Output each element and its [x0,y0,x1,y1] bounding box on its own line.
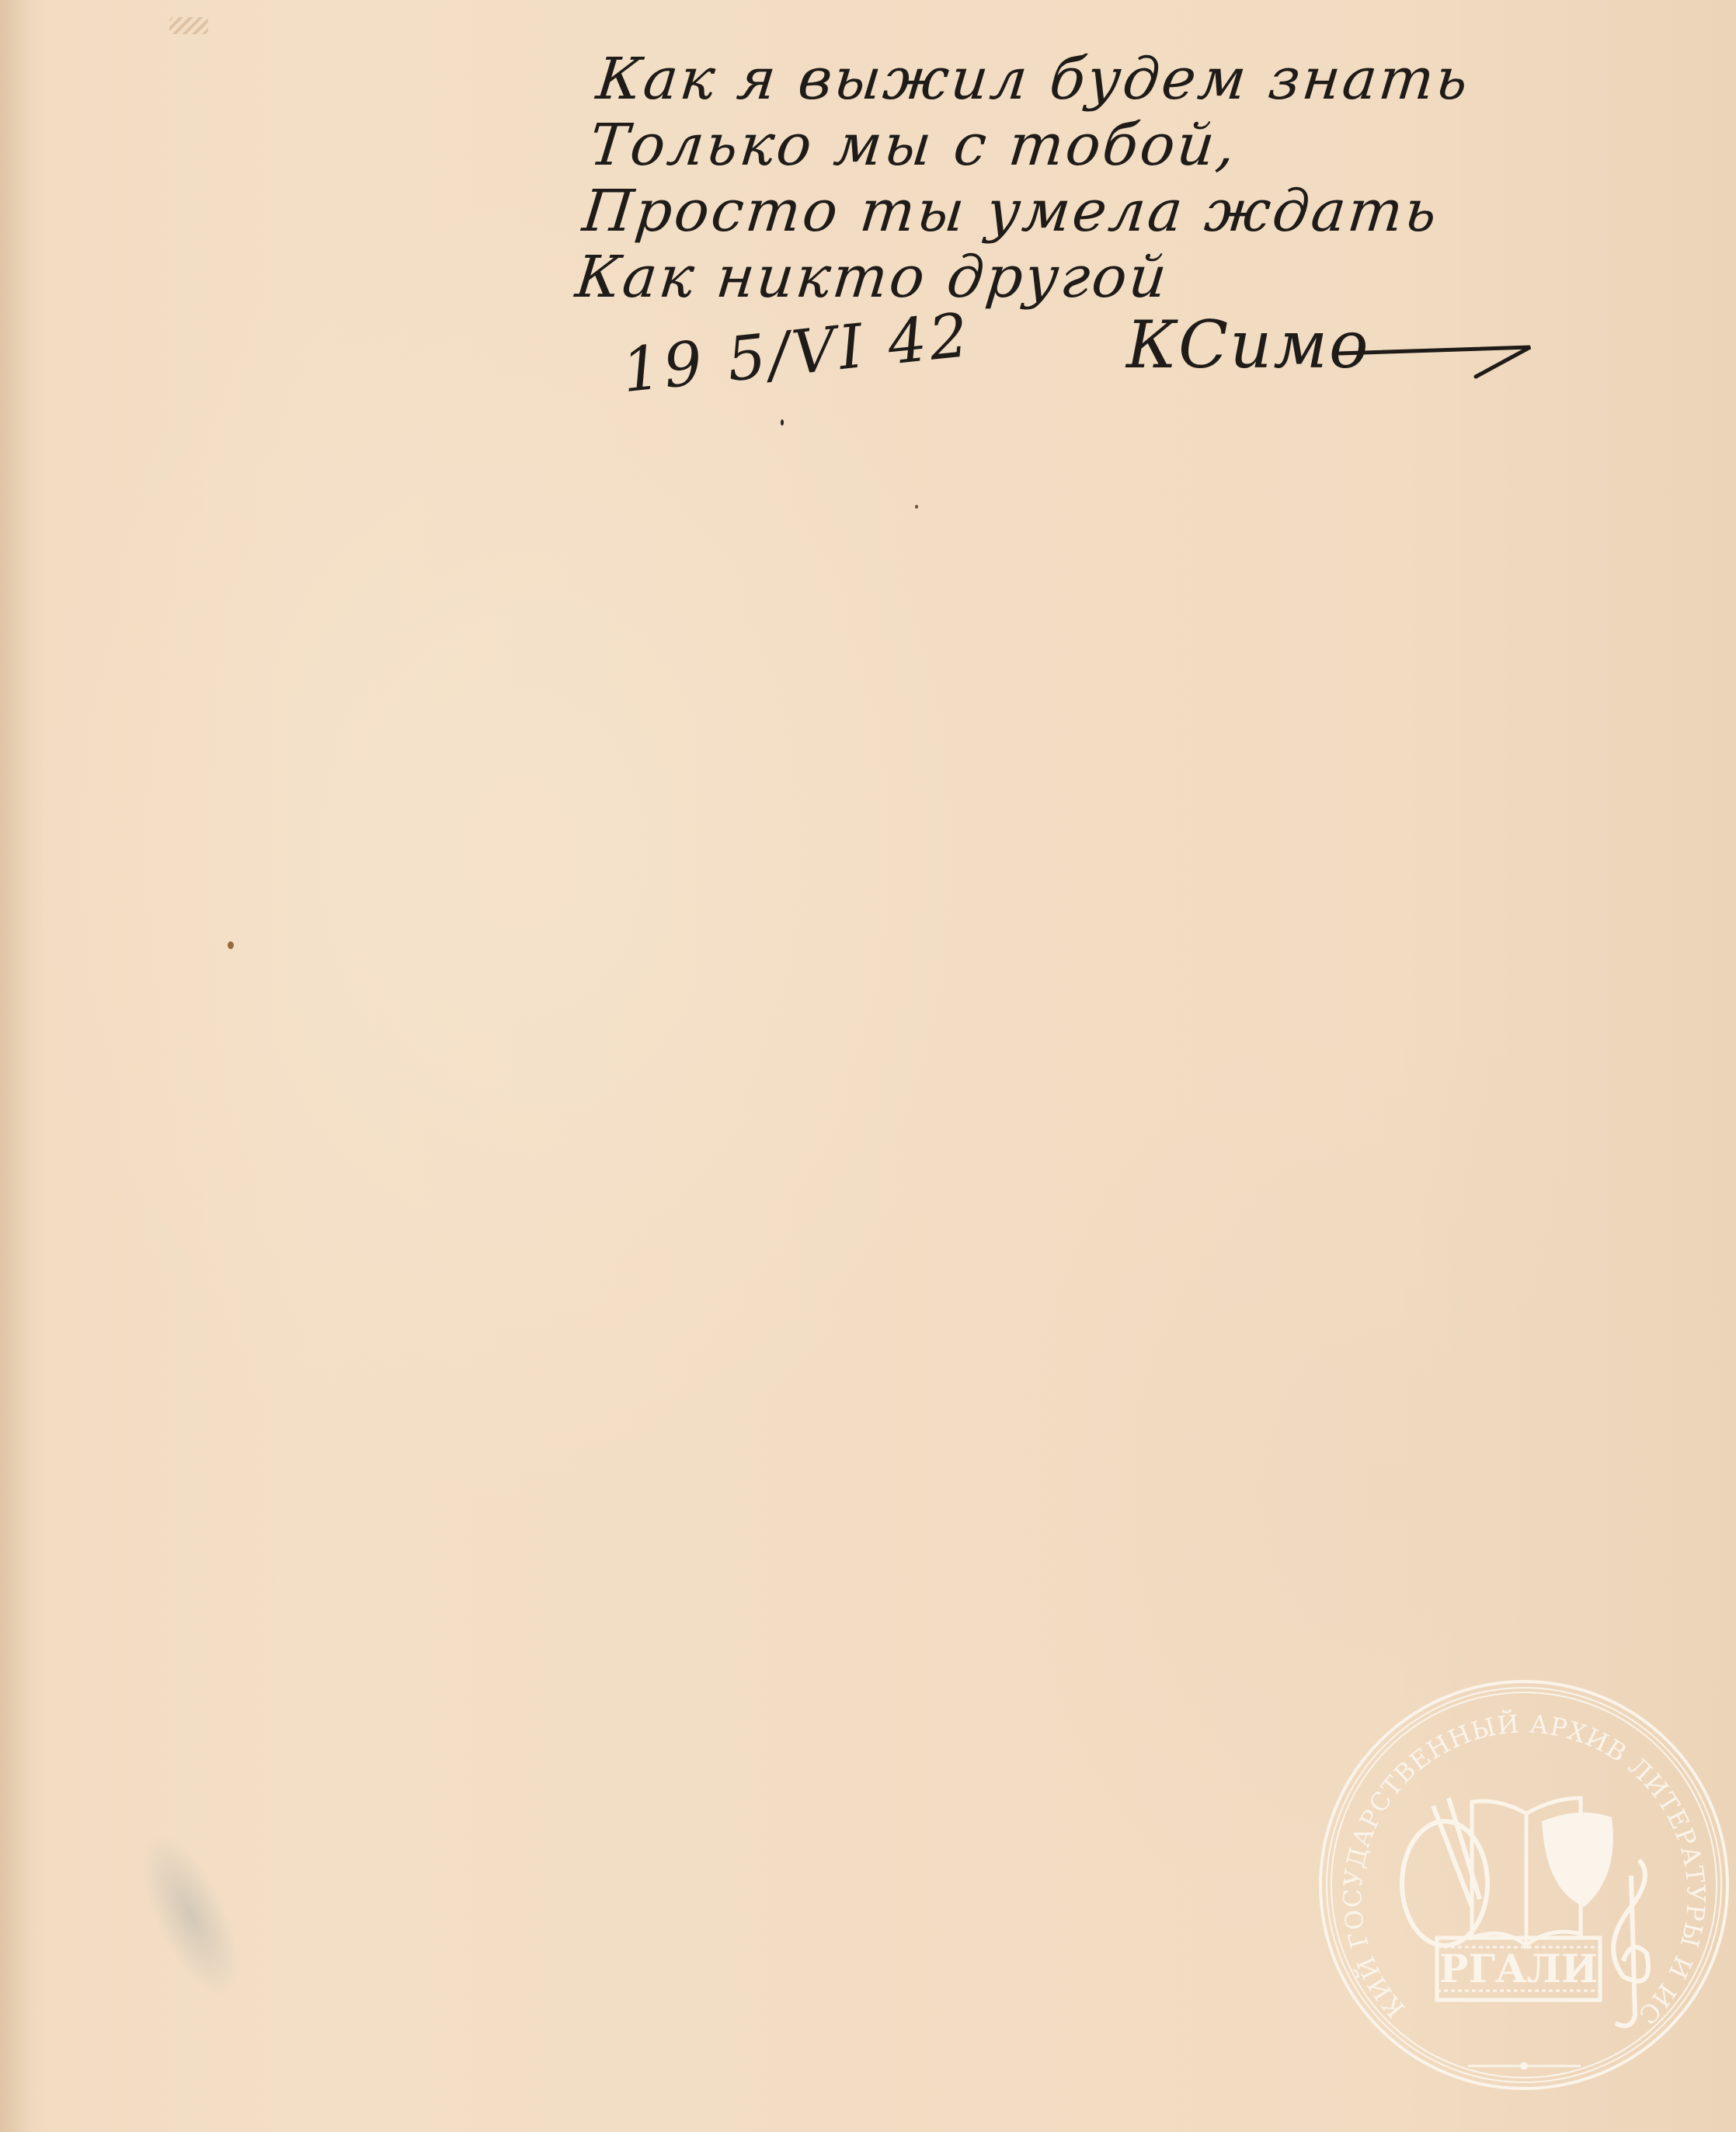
palette-icon [1402,1798,1487,1946]
paper-edge-shadow [0,0,31,2132]
handwritten-poem: Как я выжил будем знать Только мы с тобо… [572,47,1595,311]
paper-speck [781,419,784,426]
signature-flourish [1336,330,1538,384]
film-reel-icon: РГАЛИ [1437,1938,1600,2000]
poem-line: Только мы с тобой, [586,113,1588,179]
paper-mark [169,17,208,34]
paper-speck [915,505,918,509]
rgali-seal: РОССИЙСКИЙ ГОСУДАРСТВЕННЫЙ АРХИВ ЛИТЕРАТ… [1313,1674,1736,2097]
poem-line: Как я выжил будем знать [593,47,1595,113]
poem-line: Просто ты умела ждать [579,179,1581,245]
handwritten-date: 19 5/VI 42 [619,301,975,407]
archive-stamp: РОССИЙСКИЙ ГОСУДАРСТВЕННЫЙ АРХИВ ЛИТЕРАТ… [1313,1674,1736,2097]
laurel-icon [1468,2062,1581,2070]
manuscript-page: Как я выжил будем знать Только мы с тобо… [0,0,1736,2132]
signature: КСимо [1126,307,1370,383]
poem-line: Как никто другой [572,245,1574,311]
paper-smudge [121,1819,260,2010]
stamp-abbreviation: РГАЛИ [1439,1946,1598,1991]
paper-speck [228,941,234,949]
theater-mask-icon [1542,1813,1613,1907]
